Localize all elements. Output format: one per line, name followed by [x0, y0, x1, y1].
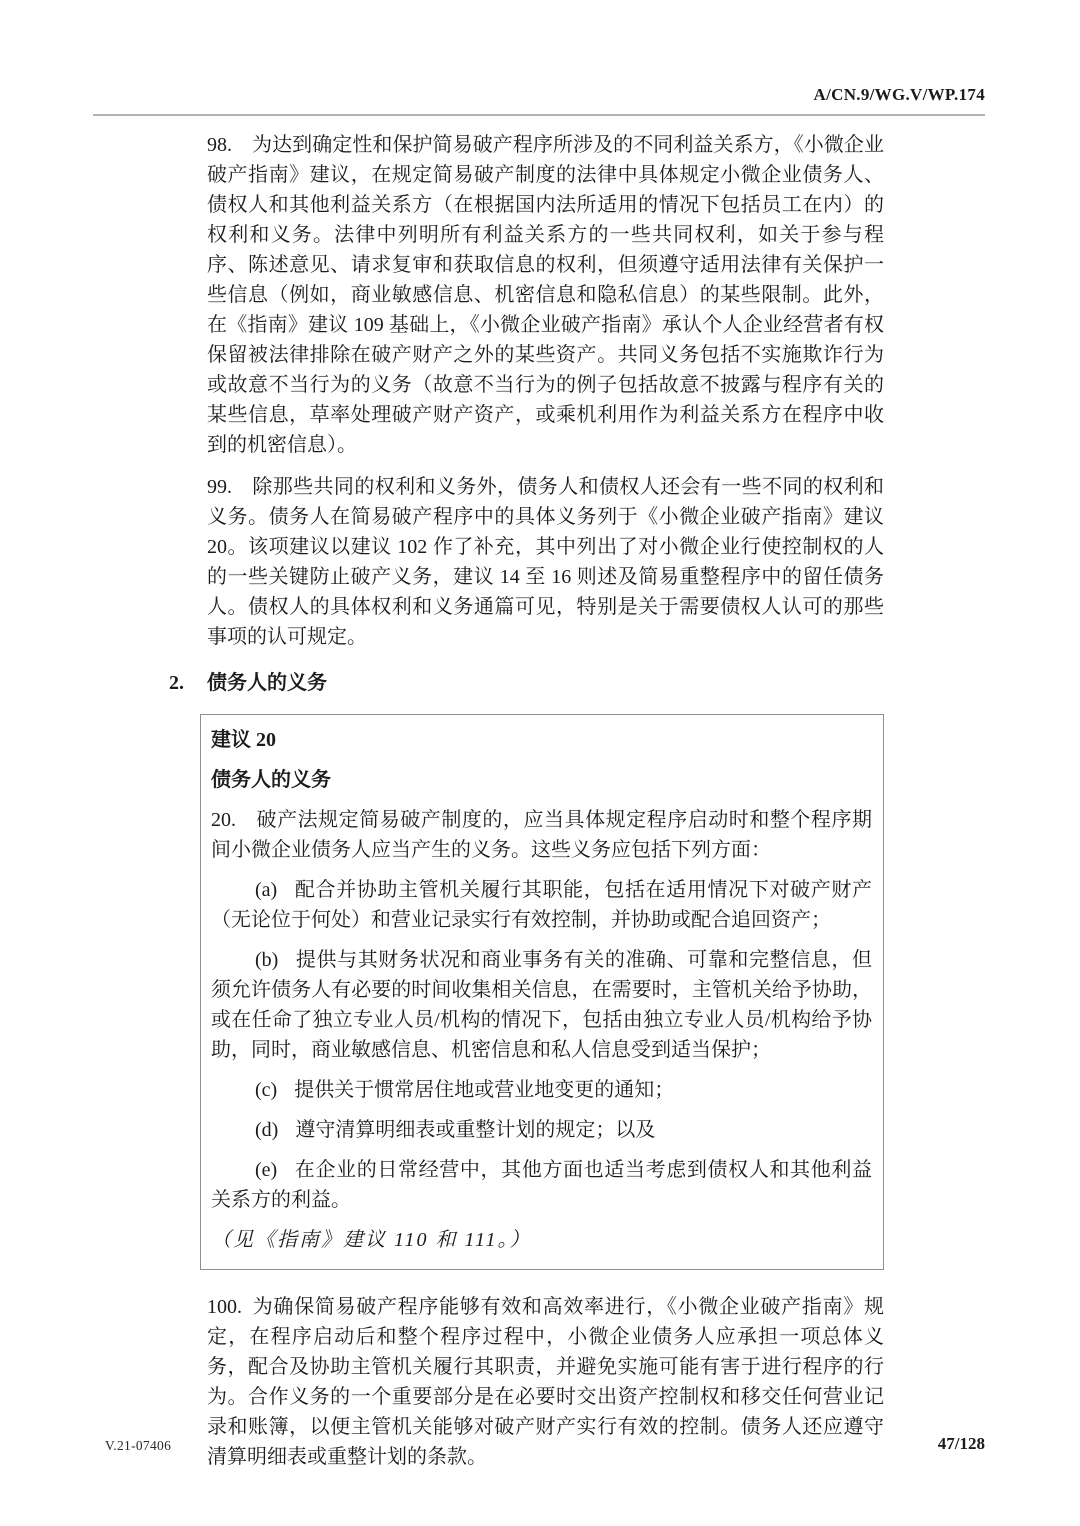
item-label: (d)	[255, 1119, 278, 1141]
recommendation-intro: 20.破产法规定简易破产制度的，应当具体规定程序启动时和整个程序期间小微企业债务…	[211, 805, 872, 865]
paragraph-number: 20.	[211, 805, 256, 835]
item-text: 提供关于惯常居住地或营业地变更的通知；	[294, 1079, 674, 1101]
item-label: (c)	[255, 1079, 277, 1101]
paragraph-text: 除那些共同的权利和义务外，债务人和债权人还会有一些不同的权利和义务。债务人在简易…	[207, 476, 884, 648]
paragraph-text: 为达到确定性和保护简易破产程序所涉及的不同利益关系方，《小微企业破产指南》建议，…	[207, 134, 884, 456]
footer-page-number: 47/128	[938, 1434, 985, 1454]
item-text: 配合并协助主管机关履行其职能，包括在适用情况下对破产财产（无论位于何处）和营业记…	[211, 879, 872, 931]
recommendation-item-a: (a)配合并协助主管机关履行其职能，包括在适用情况下对破产财产（无论位于何处）和…	[211, 875, 872, 935]
item-label: (e)	[255, 1159, 277, 1181]
recommendation-cross-reference-note: （见《指南》建议 110 和 111。）	[211, 1225, 872, 1255]
item-text: 遵守清算明细表或重整计划的规定；以及	[295, 1119, 655, 1141]
section-title: 债务人的义务	[207, 672, 327, 694]
recommendation-item-c: (c)提供关于惯常居住地或营业地变更的通知；	[211, 1075, 872, 1105]
paragraph-100: 100.为确保简易破产程序能够有效和高效率进行，《小微企业破产指南》规定，在程序…	[207, 1292, 884, 1472]
paragraph-text: 为确保简易破产程序能够有效和高效率进行，《小微企业破产指南》规定，在程序启动后和…	[207, 1296, 884, 1468]
header-divider	[93, 114, 985, 116]
paragraph-99: 99.除那些共同的权利和义务外，债务人和债权人还会有一些不同的权利和义务。债务人…	[207, 472, 884, 652]
document-page: A/CN.9/WG.V/WP.174 98.为达到确定性和保护简易破产程序所涉及…	[0, 0, 1080, 1526]
recommendation-item-e: (e)在企业的日常经营中，其他方面也适当考虑到债权人和其他利益关系方的利益。	[211, 1155, 872, 1215]
item-label: (b)	[255, 949, 278, 971]
item-text: 在企业的日常经营中，其他方面也适当考虑到债权人和其他利益关系方的利益。	[211, 1159, 872, 1211]
paragraph-number: 98.	[207, 130, 252, 160]
section-number: 2.	[169, 668, 184, 698]
recommendation-subtitle: 债务人的义务	[211, 765, 872, 795]
document-symbol: A/CN.9/WG.V/WP.174	[814, 85, 985, 105]
paragraph-text: 破产法规定简易破产制度的，应当具体规定程序启动时和整个程序期间小微企业债务人应当…	[211, 809, 872, 861]
paragraph-number: 99.	[207, 472, 252, 502]
paragraph-number: 100.	[207, 1292, 252, 1322]
recommendation-item-d: (d)遵守清算明细表或重整计划的规定；以及	[211, 1115, 872, 1145]
recommendation-item-b: (b)提供与其财务状况和商业事务有关的准确、可靠和完整信息，但须允许债务人有必要…	[211, 945, 872, 1065]
recommendation-title: 建议 20	[211, 725, 872, 755]
document-body: 98.为达到确定性和保护简易破产程序所涉及的不同利益关系方，《小微企业破产指南》…	[207, 130, 884, 1484]
item-label: (a)	[255, 879, 277, 901]
item-text: 提供与其财务状况和商业事务有关的准确、可靠和完整信息，但须允许债务人有必要的时间…	[211, 949, 872, 1061]
section-heading: 2. 债务人的义务	[207, 668, 884, 698]
footer-job-number: V.21-07406	[105, 1438, 171, 1454]
paragraph-98: 98.为达到确定性和保护简易破产程序所涉及的不同利益关系方，《小微企业破产指南》…	[207, 130, 884, 460]
recommendation-box: 建议 20 债务人的义务 20.破产法规定简易破产制度的，应当具体规定程序启动时…	[200, 714, 884, 1270]
